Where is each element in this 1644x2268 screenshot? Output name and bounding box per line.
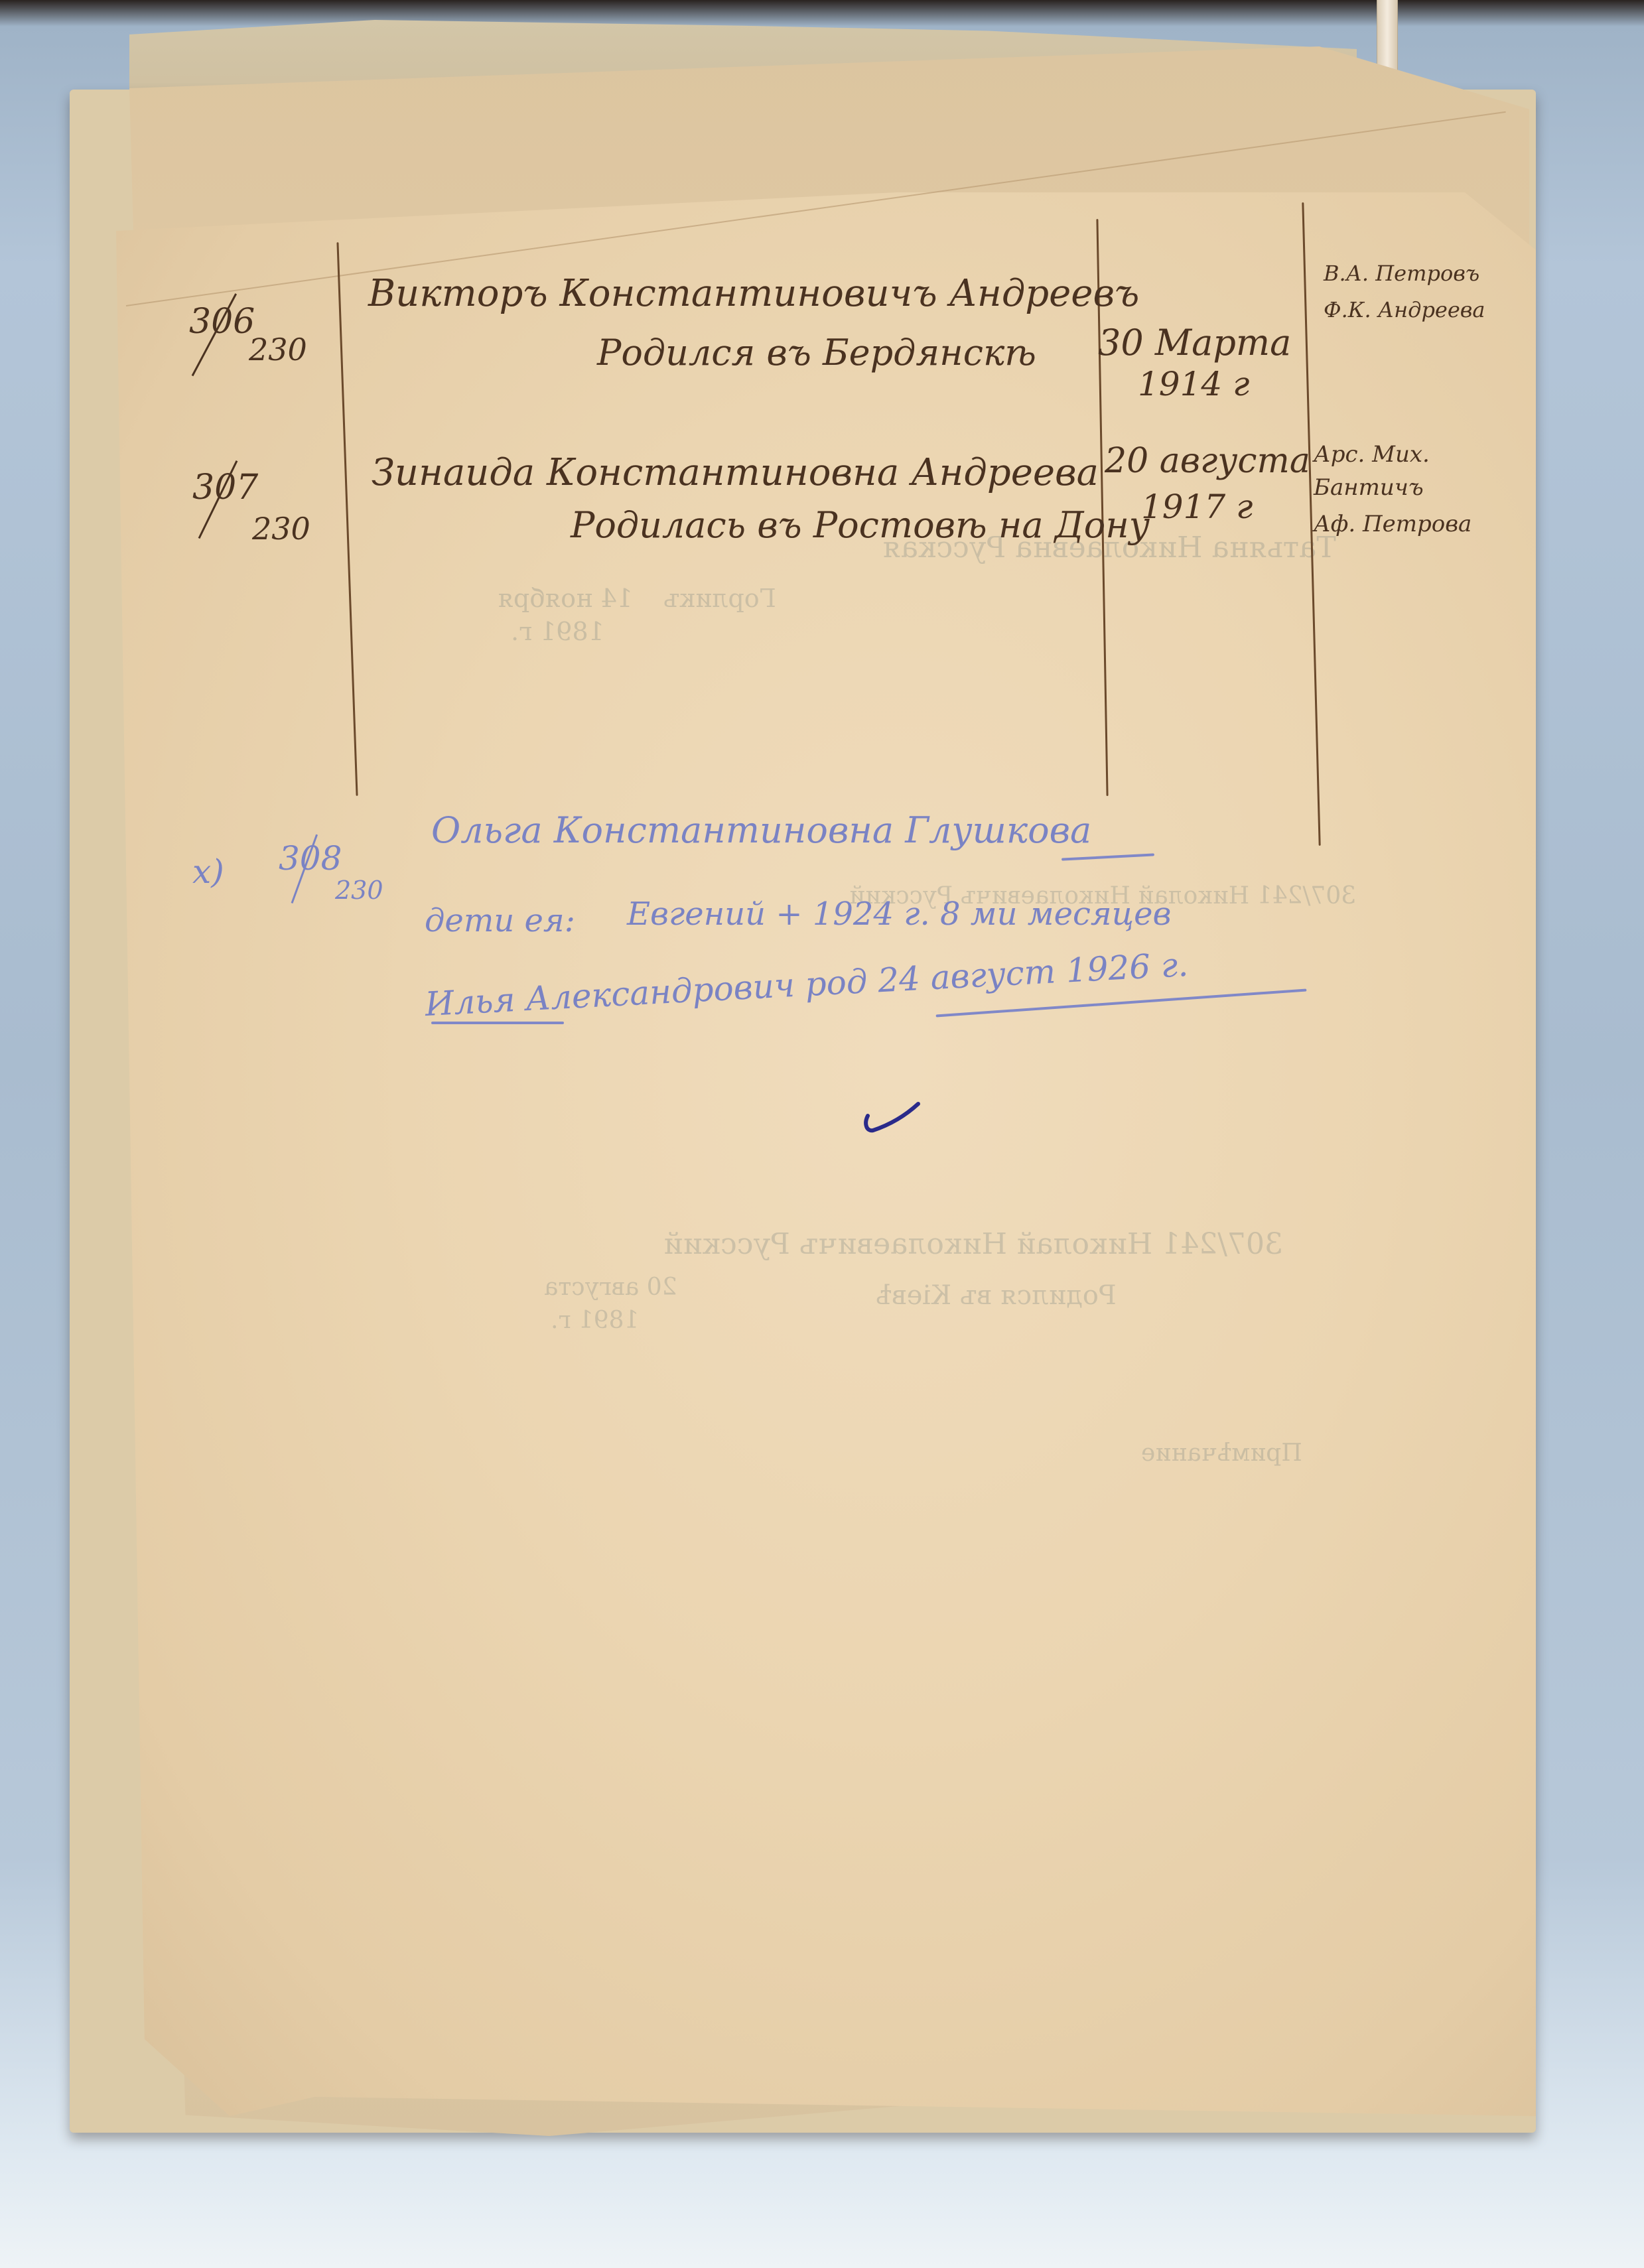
children-label: дети ея: [425,902,575,939]
bleed-through-line: 1891 г. [551,1307,639,1334]
entry-birth-year: 1914 г [1138,365,1249,403]
entry-name: Ольга Константиновна Глушкова [431,809,1091,851]
entry-birth-day: 20 августа [1105,441,1310,481]
entry-name: Викторъ Константиновичъ Андреевъ [368,272,1139,315]
underline [431,1022,564,1024]
entry-number: 307 [192,468,258,507]
godparent: Ф.К. Андреева [1324,297,1485,322]
entry-number: 308 [279,839,342,878]
entry-marker: х) [192,852,224,891]
entry-birthplace: Родилась въ Ростовѣ на Дону [571,504,1150,546]
entry-birthplace: Родился въ Бердянскѣ [597,332,1036,373]
entry-sub-number: 230 [252,511,310,547]
godparent: Бантичъ [1314,474,1424,501]
bleed-through-line: 20 августа [544,1274,677,1301]
godparent: Аф. Петрова [1314,511,1472,537]
bleed-through-line: Родился въ Кіевѣ [876,1280,1117,1311]
entry-name: Зинаида Константиновна Андреева [372,451,1099,494]
bleed-through-line: Горликъ [663,584,776,613]
bleed-through-line: 1891 г. [511,617,604,646]
bleed-through-line: Примѣчание [1141,1439,1302,1467]
bleed-through-line: 307/241 Николай Николаевичъ Русский [663,1227,1283,1261]
entry-sub-number: 230 [335,876,383,905]
entry-sub-number: 230 [249,332,307,367]
bleed-through-line: 14 ноября [498,584,633,613]
check-mark-icon [862,1101,922,1134]
godparent: Арс. Мих. [1314,441,1430,468]
godparent: В.А. Петровъ [1324,261,1479,286]
child-entry: Евгений + 1924 г. 8 ми месяцев [627,896,1171,933]
entry-birth-year: 1917 г [1141,488,1253,526]
entry-birth-day: 30 Марта [1098,322,1291,364]
